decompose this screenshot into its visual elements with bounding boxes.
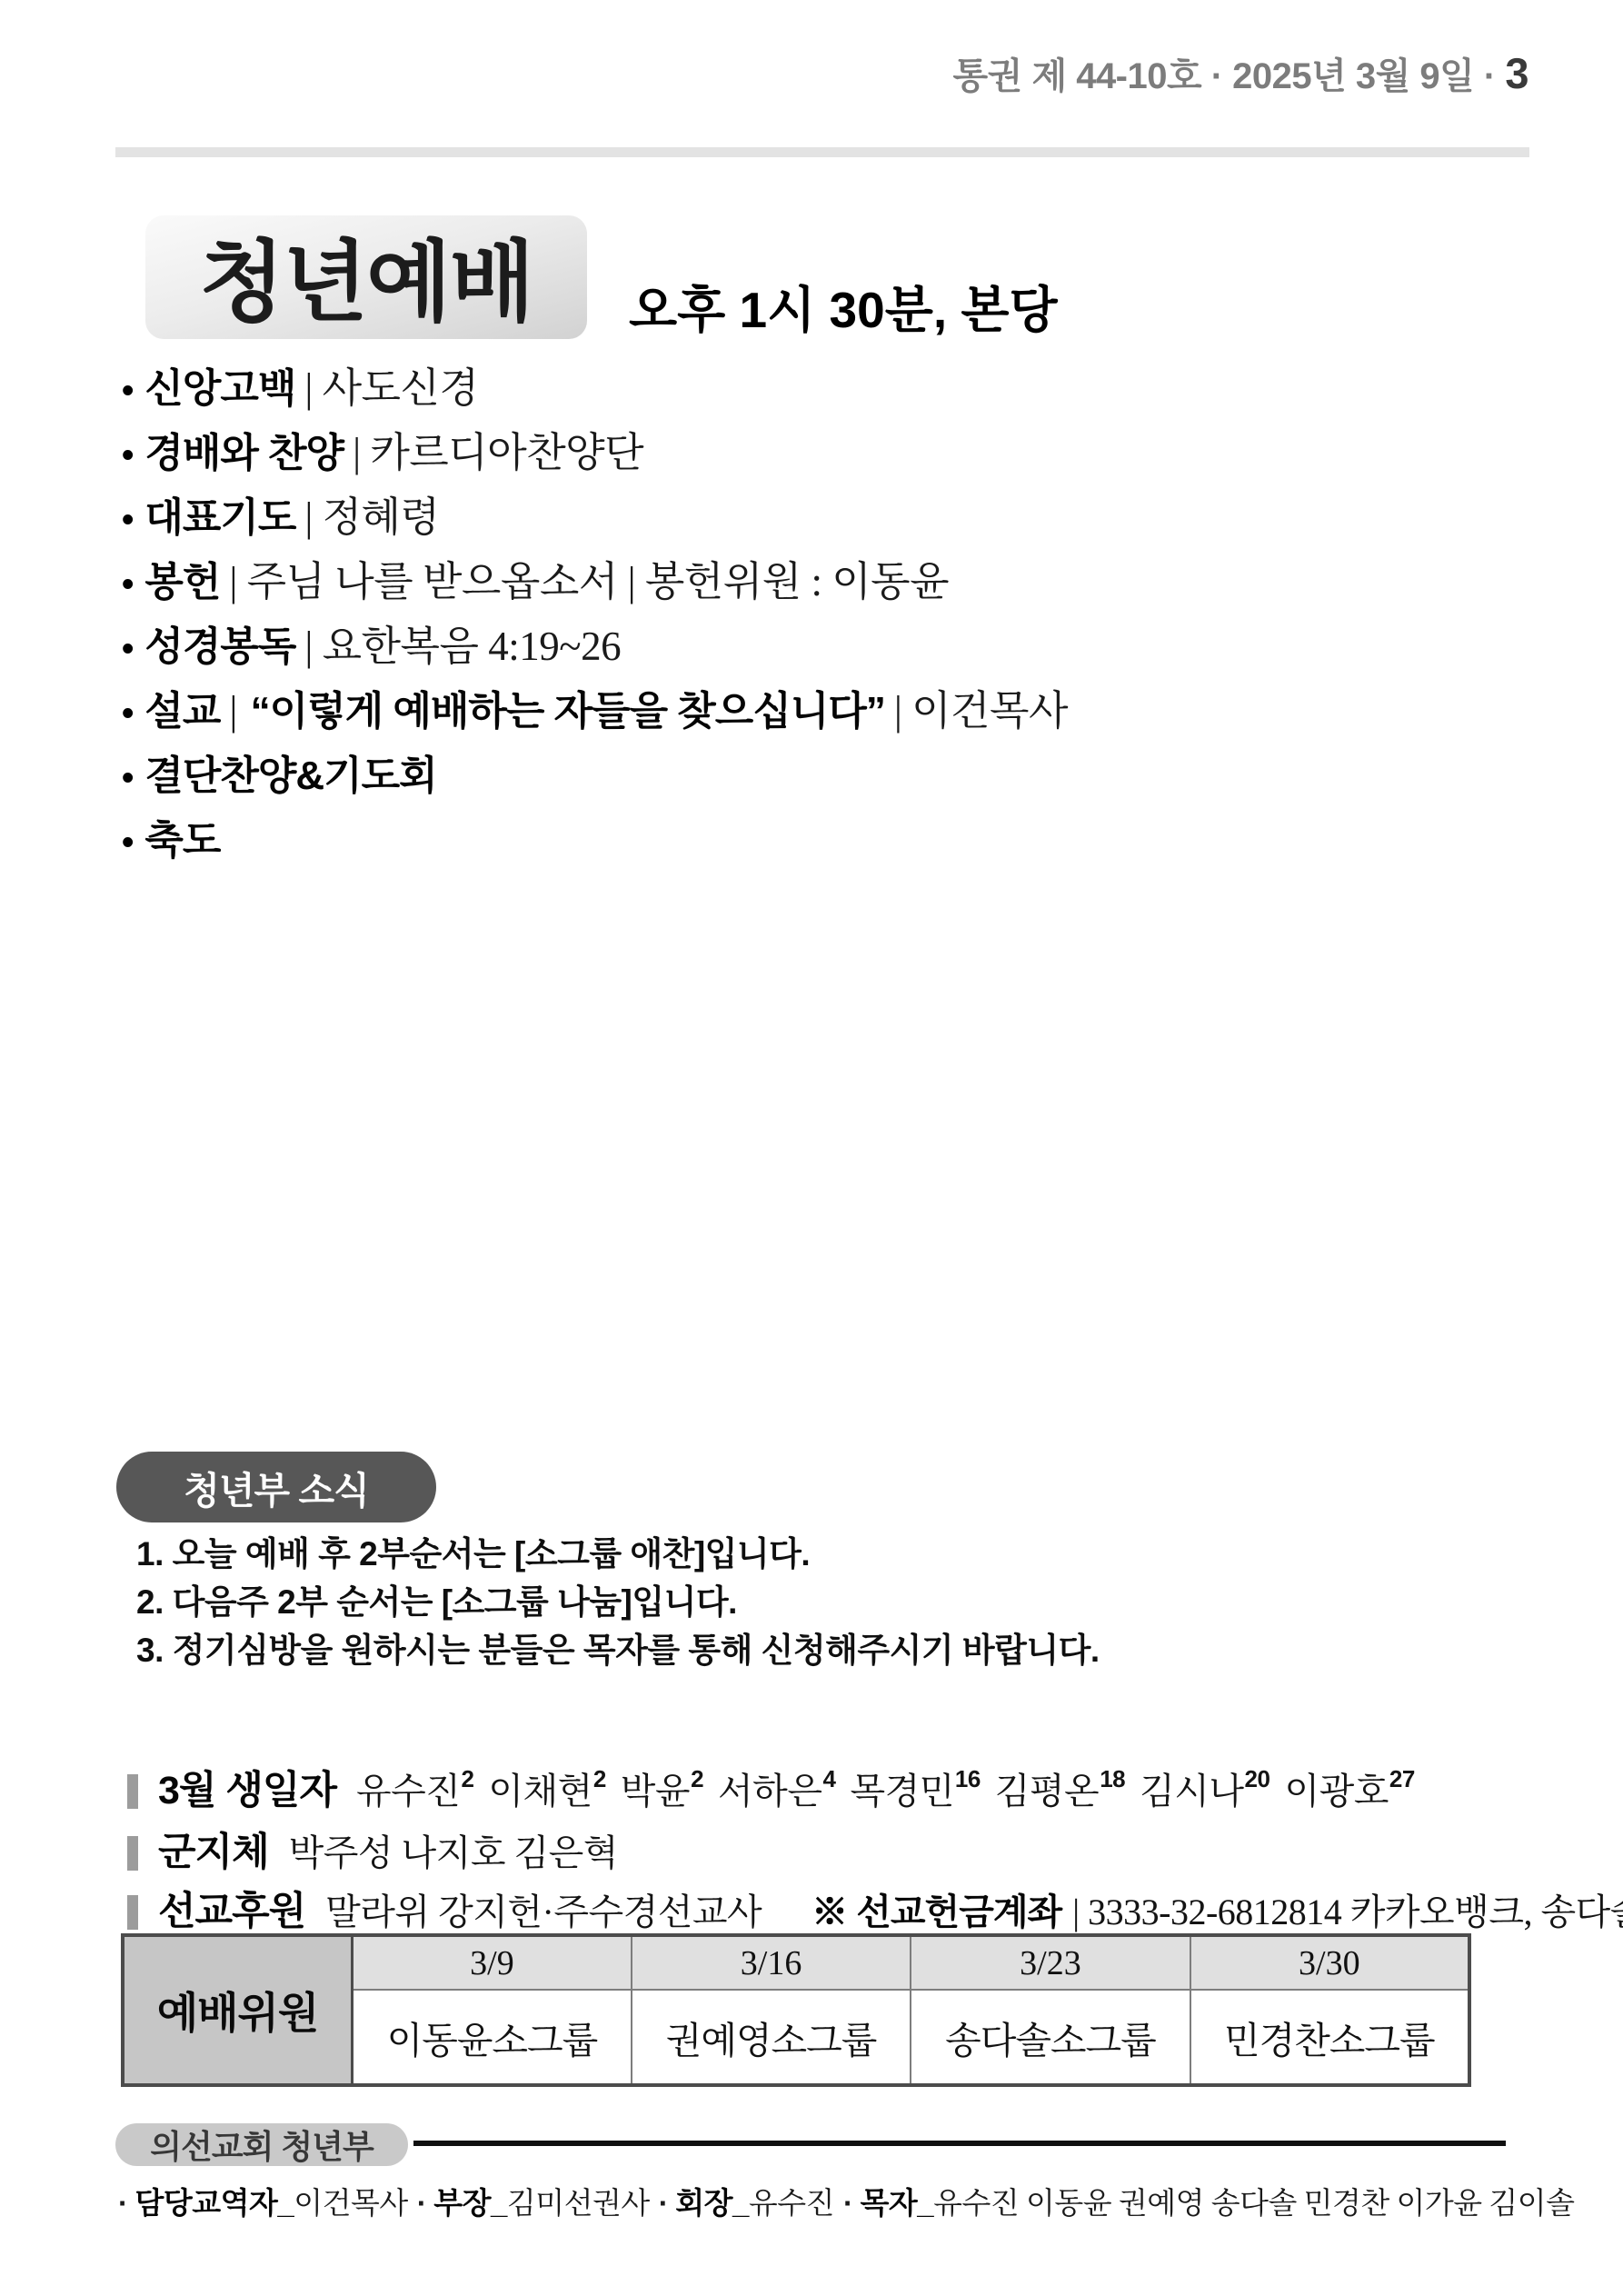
mission-label: 선교후원 bbox=[158, 1890, 305, 1933]
duty-table: 예배위원 3/9 3/16 3/23 3/30 이동윤소그룹 권예영소그룹 송다… bbox=[121, 1933, 1471, 2087]
worship-item: •축도 bbox=[122, 820, 1539, 863]
sermon-separator: | bbox=[229, 688, 246, 734]
service-title-box: 청년예배 bbox=[145, 215, 587, 339]
page-number: 3 bbox=[1505, 49, 1528, 97]
worship-order-list: •신앙고백| 사도신경 •경배와 찬양| 카르디아찬양단 •대표기도| 정혜령 … bbox=[122, 368, 1539, 884]
duty-table-row-label: 예배위원 bbox=[123, 1935, 353, 2085]
bullet-marker: • bbox=[122, 372, 134, 410]
worship-item: •신앙고백| 사도신경 bbox=[122, 368, 1539, 412]
staff-names: 이건목사 bbox=[294, 2188, 408, 2221]
worship-item-label: 결단찬양&기도회 bbox=[144, 754, 436, 798]
staff-role: 담당교역자_ bbox=[135, 2186, 294, 2220]
birthday-person: 유수진2 bbox=[356, 1771, 473, 1812]
birthday-day: 2 bbox=[593, 1765, 606, 1792]
news-heading: 청년부 소식 bbox=[184, 1461, 368, 1514]
duty-date-cell: 3/23 bbox=[911, 1935, 1190, 1990]
mission-account-value: | 3333-32-6812814 카카오뱅크, 송다솔 bbox=[1072, 1892, 1623, 1932]
birthday-day: 20 bbox=[1245, 1765, 1270, 1792]
mission-value: 말라위 강지헌·주수경선교사 bbox=[325, 1892, 762, 1932]
duty-date-cell: 3/30 bbox=[1190, 1935, 1469, 1990]
staff-names: 김미선권사 bbox=[507, 2188, 650, 2221]
birthday-person: 이채현2 bbox=[488, 1771, 605, 1812]
duty-group-cell: 권예영소그룹 bbox=[632, 1990, 911, 2085]
section-marker bbox=[127, 1774, 138, 1809]
issue-number-text: 통권 제 44-10호 · 2025년 3월 9일 · bbox=[953, 56, 1506, 96]
birthday-person: 박윤2 bbox=[621, 1771, 703, 1812]
birthday-person: 목경민16 bbox=[850, 1771, 980, 1812]
news-item: 3. 정기심방을 원하시는 분들은 목자를 통해 신청해주시기 바랍니다. bbox=[136, 1632, 1536, 1669]
staff-role: 회장_ bbox=[675, 2186, 749, 2220]
news-list: 1. 오늘 예배 후 2부순서는 [소그룹 애찬]입니다. 2. 다음주 2부 … bbox=[136, 1536, 1536, 1681]
birthday-row: 3월 생일자유수진2이채현2박윤2서하은4목경민16김평온18김시나20이광호2… bbox=[127, 1760, 1429, 1815]
birthday-day: 18 bbox=[1100, 1765, 1125, 1792]
bullet-marker: • bbox=[122, 824, 134, 862]
staff-separator: · bbox=[659, 2186, 669, 2220]
sermon-title: “이렇게 예배하는 자들을 찾으십니다” bbox=[251, 689, 885, 734]
worship-item-value: | 요한복음 4:19~26 bbox=[304, 624, 621, 669]
org-pill: 의선교회 청년부 bbox=[115, 2123, 408, 2166]
birthday-person: 이광호27 bbox=[1284, 1771, 1414, 1812]
worship-item: •경배와 찬양| 카르디아찬양단 bbox=[122, 433, 1539, 476]
header-divider bbox=[115, 147, 1529, 157]
army-value: 박주성 나지호 김은혁 bbox=[289, 1832, 618, 1873]
staff-line: ·담당교역자_이건목사·부장_김미선권사·회장_유수진·목자_유수진 이동윤 권… bbox=[109, 2180, 1563, 2222]
birthday-person: 김평온18 bbox=[995, 1771, 1125, 1812]
birthday-day: 4 bbox=[822, 1765, 835, 1792]
duty-group-cell: 이동윤소그룹 bbox=[353, 1990, 632, 2085]
mission-support-row: 선교후원말라위 강지헌·주수경선교사※ 선교헌금계좌| 3333-32-6812… bbox=[127, 1881, 1623, 1936]
staff-names: 유수진 이동윤 권예영 송다솔 민경찬 이가윤 김이솔 bbox=[933, 2188, 1574, 2221]
birthday-day: 2 bbox=[691, 1765, 703, 1792]
worship-item-label: 경배와 찬양 bbox=[144, 431, 344, 475]
duty-date-cell: 3/16 bbox=[632, 1935, 911, 1990]
worship-item-sermon: •설교| “이렇게 예배하는 자들을 찾으십니다”| 이건목사 bbox=[122, 691, 1539, 734]
birthday-label: 3월 생일자 bbox=[158, 1769, 336, 1812]
news-heading-pill: 청년부 소식 bbox=[116, 1452, 436, 1522]
bullet-marker: • bbox=[122, 565, 134, 604]
bullet-marker: • bbox=[122, 436, 134, 474]
issue-header: 통권 제 44-10호 · 2025년 3월 9일 · 3 bbox=[953, 47, 1528, 99]
worship-item-value: | 주님 나를 받으옵소서 | 봉헌위원 : 이동윤 bbox=[229, 559, 949, 604]
birthday-day: 27 bbox=[1389, 1765, 1415, 1792]
worship-item-label: 성경봉독 bbox=[144, 624, 295, 669]
worship-item-value: | 정혜령 bbox=[304, 494, 439, 540]
service-title: 청년예배 bbox=[200, 211, 533, 338]
worship-item-value: | 사도신경 bbox=[304, 365, 478, 411]
worship-item-value: | 카르디아찬양단 bbox=[353, 430, 643, 475]
duty-date-cell: 3/9 bbox=[353, 1935, 632, 1990]
birthday-day: 16 bbox=[955, 1765, 981, 1792]
staff-separator: · bbox=[843, 2186, 853, 2220]
worship-item-label: 신앙고백 bbox=[144, 366, 295, 411]
duty-table-date-row: 예배위원 3/9 3/16 3/23 3/30 bbox=[123, 1935, 1469, 1990]
staff-separator: · bbox=[118, 2186, 128, 2220]
footer-divider bbox=[413, 2141, 1506, 2146]
section-marker bbox=[127, 1895, 138, 1930]
bullet-marker: • bbox=[122, 501, 134, 539]
section-marker bbox=[127, 1836, 138, 1871]
worship-item: •성경봉독| 요한복음 4:19~26 bbox=[122, 626, 1539, 670]
bulletin-page: 통권 제 44-10호 · 2025년 3월 9일 · 3 청년예배 오후 1시… bbox=[0, 0, 1623, 2296]
org-name: 의선교회 청년부 bbox=[150, 2121, 373, 2168]
news-item: 1. 오늘 예배 후 2부순서는 [소그룹 애찬]입니다. bbox=[136, 1536, 1536, 1572]
birthday-day: 2 bbox=[461, 1765, 473, 1792]
worship-item-label: 대표기도 bbox=[144, 495, 295, 540]
worship-item-label: 축도 bbox=[144, 818, 220, 863]
worship-item-label: 설교 bbox=[144, 689, 220, 734]
news-item: 2. 다음주 2부 순서는 [소그룹 나눔]입니다. bbox=[136, 1584, 1536, 1621]
staff-role: 목자_ bbox=[861, 2186, 934, 2220]
bullet-marker: • bbox=[122, 759, 134, 797]
duty-group-cell: 송다솔소그룹 bbox=[911, 1990, 1190, 2085]
staff-separator: · bbox=[417, 2186, 427, 2220]
staff-role: 부장_ bbox=[433, 2186, 507, 2220]
army-label: 군지체 bbox=[158, 1831, 269, 1874]
worship-item: •봉헌| 주님 나를 받으옵소서 | 봉헌위원 : 이동윤 bbox=[122, 562, 1539, 605]
duty-group-cell: 민경찬소그룹 bbox=[1190, 1990, 1469, 2085]
birthday-person: 김시나20 bbox=[1140, 1771, 1270, 1812]
birthday-people: 유수진2이채현2박윤2서하은4목경민16김평온18김시나20이광호27 bbox=[356, 1771, 1429, 1812]
bullet-marker: • bbox=[122, 694, 134, 733]
bullet-marker: • bbox=[122, 630, 134, 668]
worship-item-label: 봉헌 bbox=[144, 560, 220, 604]
mission-account-label: ※ 선교헌금계좌 bbox=[811, 1892, 1061, 1932]
service-time-place: 오후 1시 30분, 본당 bbox=[629, 270, 1058, 342]
birthday-person: 서하은4 bbox=[718, 1771, 835, 1812]
army-members-row: 군지체박주성 나지호 김은혁 bbox=[127, 1822, 618, 1877]
worship-item: •대표기도| 정혜령 bbox=[122, 497, 1539, 541]
worship-item-value: | 이건목사 bbox=[894, 688, 1068, 734]
worship-item: •결단찬양&기도회 bbox=[122, 755, 1539, 799]
staff-names: 유수진 bbox=[749, 2188, 834, 2221]
